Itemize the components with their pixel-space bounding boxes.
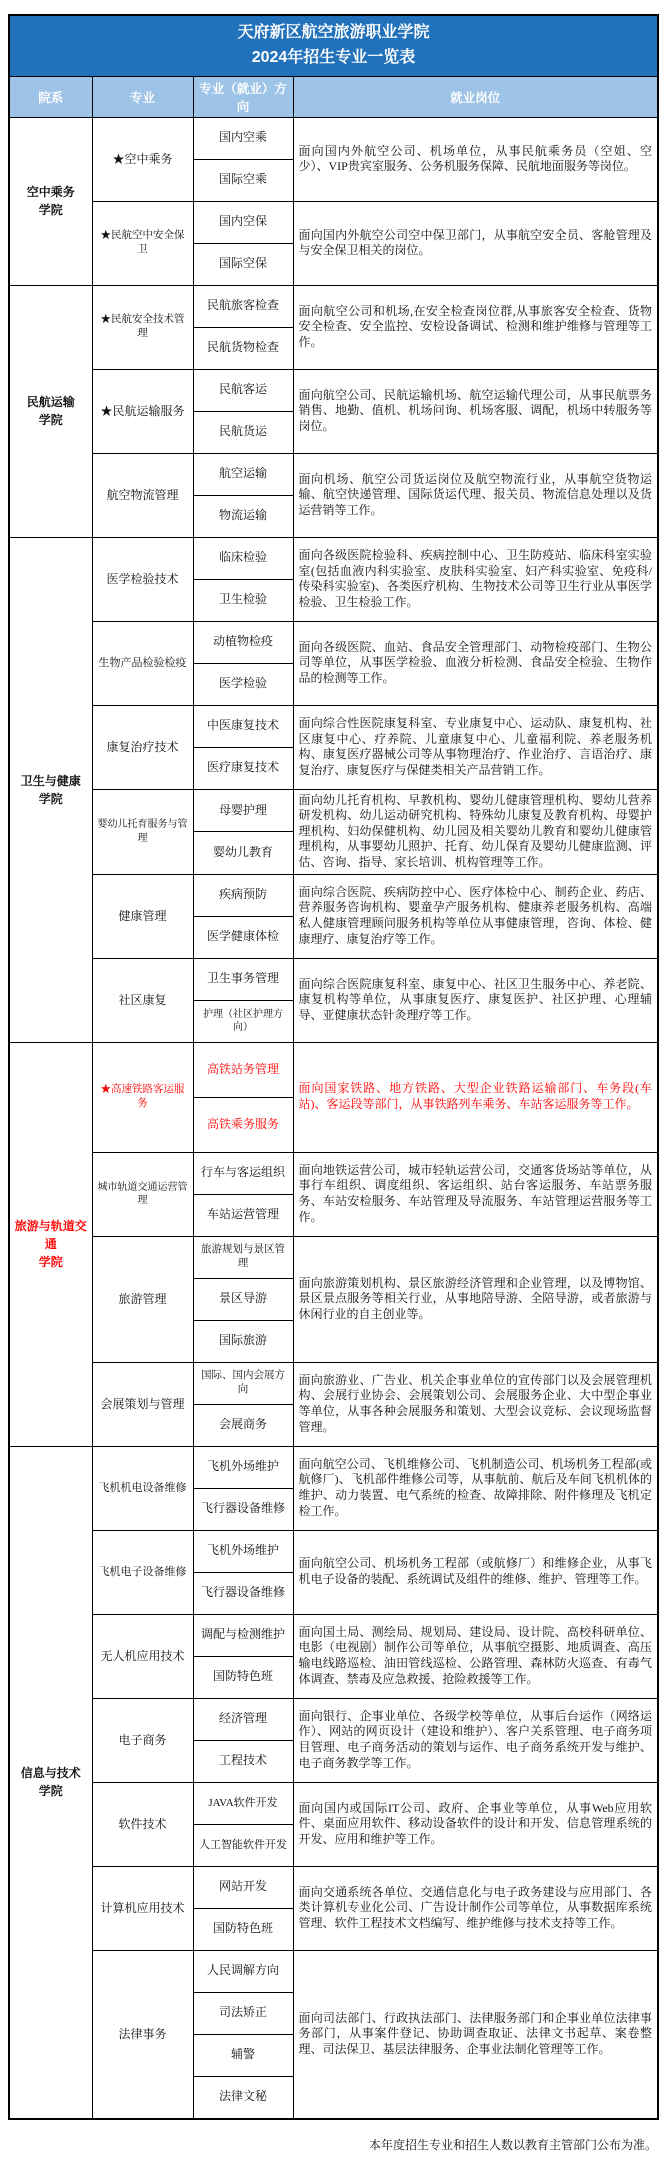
school-name: 天府新区航空旅游职业学院: [14, 21, 653, 46]
direction-cell: 网站开发: [193, 1866, 293, 1908]
sheet-title: 2024年招生专业一览表: [14, 46, 653, 71]
table-row: 电子商务经济管理面向银行、企事业单位、各级学校等单位，从事后台运作（网络运作）、…: [9, 1698, 658, 1740]
major-cell: 医学检验技术: [92, 537, 193, 621]
college-cell: 信息与技术 学院: [9, 1446, 92, 2119]
major-cell: 软件技术: [92, 1782, 193, 1866]
jobs-cell: 面向银行、企事业单位、各级学校等单位，从事后台运作（网络运作）、网站的网页设计（…: [293, 1698, 658, 1782]
major-cell: 康复治疗技术: [92, 705, 193, 789]
column-header-row: 院系专业专业（就业）方向就业岗位: [9, 76, 658, 117]
direction-cell: 国际空乘: [193, 159, 293, 201]
major-cell: 旅游管理: [92, 1236, 193, 1362]
direction-cell: 飞行器设备维修: [193, 1488, 293, 1530]
enrollment-sheet: 天府新区航空旅游职业学院 2024年招生专业一览表 院系专业专业（就业）方向就业…: [0, 0, 665, 2163]
major-cell: 无人机应用技术: [92, 1614, 193, 1698]
direction-cell: 飞行器设备维修: [193, 1572, 293, 1614]
column-header-0: 院系: [9, 76, 92, 117]
jobs-cell: 面向国土局、测绘局、规划局、建设局、设计院、高校科研单位、电影（电视剧）制作公司…: [293, 1614, 658, 1698]
table-row: 康复治疗技术中医康复技术面向综合性医院康复科室、专业康复中心、运动队、康复机构、…: [9, 705, 658, 747]
direction-cell: 民航货运: [193, 411, 293, 453]
table-row: 婴幼儿托育服务与管理母婴护理面向幼儿托育机构、早教机构、婴幼儿健康管理机构、婴幼…: [9, 789, 658, 831]
jobs-cell: 面向幼儿托育机构、早教机构、婴幼儿健康管理机构、婴幼儿营养研发机构、幼儿运动研究…: [293, 789, 658, 874]
jobs-cell: 面向各级医院、血站、食品安全管理部门、动物检疫部门、生物公司等单位，从事医学检验…: [293, 621, 658, 705]
column-header-1: 专业: [92, 76, 193, 117]
direction-cell: 医学健康体检: [193, 916, 293, 958]
majors-table: 天府新区航空旅游职业学院 2024年招生专业一览表 院系专业专业（就业）方向就业…: [8, 14, 659, 2120]
table-head: 天府新区航空旅游职业学院 2024年招生专业一览表 院系专业专业（就业）方向就业…: [9, 15, 658, 117]
direction-cell: 国际空保: [193, 243, 293, 285]
jobs-cell: 面向各级医院检验科、疾病控制中心、卫生防疫站、临床科室实验室(包括血液内科实验室…: [293, 537, 658, 621]
direction-cell: 人工智能软件开发: [193, 1824, 293, 1866]
direction-cell: 国际旅游: [193, 1320, 293, 1362]
major-cell: 健康管理: [92, 874, 193, 958]
major-cell: 城市轨道交通运营管理: [92, 1152, 193, 1236]
table-row: ★民航运输服务民航客运面向航空公司、民航运输机场、航空运输代理公司，从事民航票务…: [9, 369, 658, 411]
table-row: 旅游与轨道交通 学院★高速铁路客运服务高铁站务管理面向国家铁路、地方铁路、大型企…: [9, 1042, 658, 1097]
major-cell: 航空物流管理: [92, 453, 193, 537]
college-cell: 民航运输 学院: [9, 285, 92, 537]
direction-cell: 国内空保: [193, 201, 293, 243]
direction-cell: 医学检验: [193, 663, 293, 705]
college-cell: 旅游与轨道交通 学院: [9, 1042, 92, 1446]
direction-cell: 车站运营管理: [193, 1194, 293, 1236]
direction-cell: 中医康复技术: [193, 705, 293, 747]
college-cell: 空中乘务 学院: [9, 117, 92, 285]
jobs-cell: 面向综合医院、疾病防控中心、医疗体检中心、制药企业、药店、营养服务咨询机构、婴童…: [293, 874, 658, 958]
direction-cell: 旅游规划与景区管理: [193, 1236, 293, 1278]
direction-cell: 高铁乘务服务: [193, 1097, 293, 1152]
direction-cell: 辅警: [193, 2034, 293, 2076]
jobs-cell: 面向航空公司、民航运输机场、航空运输代理公司，从事民航票务销售、地勤、值机、机场…: [293, 369, 658, 453]
major-cell: ★民航安全技术管理: [92, 285, 193, 369]
jobs-cell: 面向旅游策划机构、景区旅游经济管理和企业管理，以及博物馆、景区景点服务等相关行业…: [293, 1236, 658, 1362]
table-row: 计算机应用技术网站开发面向交通系统各单位、交通信息化与电子政务建设与应用部门、各…: [9, 1866, 658, 1908]
direction-cell: 医疗康复技术: [193, 747, 293, 789]
table-row: ★民航空中安全保卫国内空保面向国内外航空公司空中保卫部门，从事航空安全员、客舱管…: [9, 201, 658, 243]
major-cell: 计算机应用技术: [92, 1866, 193, 1950]
table-row: 空中乘务 学院★空中乘务国内空乘面向国内外航空公司、机场单位，从事民航乘务员（空…: [9, 117, 658, 159]
jobs-cell: 面向地铁运营公司，城市轻轨运营公司，交通客货场站等单位，从事行车组织、调度组织、…: [293, 1152, 658, 1236]
direction-cell: 经济管理: [193, 1698, 293, 1740]
major-cell: 飞机电子设备维修: [92, 1530, 193, 1614]
jobs-cell: 面向国家铁路、地方铁路、大型企业铁路运输部门、车务段(车站)、客运段等部门，从事…: [293, 1042, 658, 1152]
major-cell: 法律事务: [92, 1950, 193, 2119]
direction-cell: 婴幼儿教育: [193, 832, 293, 874]
direction-cell: 疾病预防: [193, 874, 293, 916]
direction-cell: 飞机外场维护: [193, 1446, 293, 1488]
direction-cell: 工程技术: [193, 1740, 293, 1782]
jobs-cell: 面向旅游业、广告业、机关企事业单位的宣传部门以及会展管理机构、会展行业协会、会展…: [293, 1362, 658, 1446]
jobs-cell: 面向综合医院康复科室、康复中心、社区卫生服务中心、养老院、康复机构等单位，从事康…: [293, 958, 658, 1042]
table-row: 软件技术JAVA软件开发面向国内或国际IT公司、政府、企事业等单位，从事Web应…: [9, 1782, 658, 1824]
table-row: 会展策划与管理国际、国内会展方向面向旅游业、广告业、机关企事业单位的宣传部门以及…: [9, 1362, 658, 1404]
table-row: 卫生与健康 学院医学检验技术临床检验面向各级医院检验科、疾病控制中心、卫生防疫站…: [9, 537, 658, 579]
direction-cell: 临床检验: [193, 537, 293, 579]
major-cell: 社区康复: [92, 958, 193, 1042]
direction-cell: 物流运输: [193, 495, 293, 537]
jobs-cell: 面向交通系统各单位、交通信息化与电子政务建设与应用部门、各类计算机专业化公司、广…: [293, 1866, 658, 1950]
table-row: 城市轨道交通运营管理行车与客运组织面向地铁运营公司，城市轻轨运营公司，交通客货场…: [9, 1152, 658, 1194]
table-row: 健康管理疾病预防面向综合医院、疾病防控中心、医疗体检中心、制药企业、药店、营养服…: [9, 874, 658, 916]
direction-cell: JAVA软件开发: [193, 1782, 293, 1824]
direction-cell: 护理（社区护理方向）: [193, 1000, 293, 1042]
direction-cell: 国内空乘: [193, 117, 293, 159]
major-cell: 生物产品检验检疫: [92, 621, 193, 705]
column-header-2: 专业（就业）方向: [193, 76, 293, 117]
table-row: 民航运输 学院★民航安全技术管理民航旅客检查面向航空公司和机场,在安全检查岗位群…: [9, 285, 658, 327]
direction-cell: 国际、国内会展方向: [193, 1362, 293, 1404]
major-cell: ★民航运输服务: [92, 369, 193, 453]
column-header-3: 就业岗位: [293, 76, 658, 117]
major-cell: 飞机机电设备维修: [92, 1446, 193, 1530]
jobs-cell: 面向航空公司、机场机务工程部（或航修厂）和维修企业，从事飞机电子设备的装配、系统…: [293, 1530, 658, 1614]
table-row: 生物产品检验检疫动植物检疫面向各级医院、血站、食品安全管理部门、动物检疫部门、生…: [9, 621, 658, 663]
direction-cell: 司法矫正: [193, 1992, 293, 2034]
direction-cell: 动植物检疫: [193, 621, 293, 663]
table-row: 信息与技术 学院飞机机电设备维修飞机外场维护面向航空公司、飞机维修公司、飞机制造…: [9, 1446, 658, 1488]
college-cell: 卫生与健康 学院: [9, 537, 92, 1042]
direction-cell: 飞机外场维护: [193, 1530, 293, 1572]
page-title: 天府新区航空旅游职业学院 2024年招生专业一览表: [9, 15, 658, 76]
direction-cell: 国防特色班: [193, 1908, 293, 1950]
major-cell: ★空中乘务: [92, 117, 193, 201]
table-row: 社区康复卫生事务管理面向综合医院康复科室、康复中心、社区卫生服务中心、养老院、康…: [9, 958, 658, 1000]
direction-cell: 法律文秘: [193, 2076, 293, 2119]
direction-cell: 调配与检测维护: [193, 1614, 293, 1656]
direction-cell: 景区导游: [193, 1278, 293, 1320]
table-row: 无人机应用技术调配与检测维护面向国土局、测绘局、规划局、建设局、设计院、高校科研…: [9, 1614, 658, 1656]
direction-cell: 母婴护理: [193, 789, 293, 831]
direction-cell: 高铁站务管理: [193, 1042, 293, 1097]
direction-cell: 卫生检验: [193, 579, 293, 621]
direction-cell: 人民调解方向: [193, 1950, 293, 1992]
direction-cell: 会展商务: [193, 1404, 293, 1446]
jobs-cell: 面向综合性医院康复科室、专业康复中心、运动队、康复机构、社区康复中心、疗养院、儿…: [293, 705, 658, 789]
table-row: 法律事务人民调解方向面向司法部门、行政执法部门、法律服务部门和企事业单位法律事务…: [9, 1950, 658, 1992]
major-cell: 婴幼儿托育服务与管理: [92, 789, 193, 874]
jobs-cell: 面向航空公司、飞机维修公司、飞机制造公司、机场机务工程部(或航修厂)、飞机部件维…: [293, 1446, 658, 1530]
jobs-cell: 面向航空公司和机场,在安全检查岗位群,从事旅客安全检查、货物安全检查、安全监控、…: [293, 285, 658, 369]
direction-cell: 民航旅客检查: [193, 285, 293, 327]
direction-cell: 民航货物检查: [193, 327, 293, 369]
direction-cell: 国防特色班: [193, 1656, 293, 1698]
jobs-cell: 面向国内外航空公司、机场单位，从事民航乘务员（空姐、空少）、VIP贵宾室服务、公…: [293, 117, 658, 201]
jobs-cell: 面向机场、航空公司货运岗位及航空物流行业，从事航空货物运输、航空快递管理、国际货…: [293, 453, 658, 537]
table-row: 航空物流管理航空运输面向机场、航空公司货运岗位及航空物流行业，从事航空货物运输、…: [9, 453, 658, 495]
jobs-cell: 面向国内或国际IT公司、政府、企事业等单位，从事Web应用软件、桌面应用软件、移…: [293, 1782, 658, 1866]
jobs-cell: 面向司法部门、行政执法部门、法律服务部门和企事业单位法律事务部门，从事案件登记、…: [293, 1950, 658, 2119]
direction-cell: 民航客运: [193, 369, 293, 411]
major-cell: 电子商务: [92, 1698, 193, 1782]
major-cell: ★高速铁路客运服务: [92, 1042, 193, 1152]
direction-cell: 行车与客运组织: [193, 1152, 293, 1194]
major-cell: 会展策划与管理: [92, 1362, 193, 1446]
direction-cell: 卫生事务管理: [193, 958, 293, 1000]
footer-note: 本年度招生专业和招生人数以教育主管部门公布为准。: [8, 2136, 657, 2153]
major-cell: ★民航空中安全保卫: [92, 201, 193, 285]
table-row: 飞机电子设备维修飞机外场维护面向航空公司、机场机务工程部（或航修厂）和维修企业，…: [9, 1530, 658, 1572]
direction-cell: 航空运输: [193, 453, 293, 495]
jobs-cell: 面向国内外航空公司空中保卫部门，从事航空安全员、客舱管理及与安全保卫相关的岗位。: [293, 201, 658, 285]
table-row: 旅游管理旅游规划与景区管理面向旅游策划机构、景区旅游经济管理和企业管理，以及博物…: [9, 1236, 658, 1278]
